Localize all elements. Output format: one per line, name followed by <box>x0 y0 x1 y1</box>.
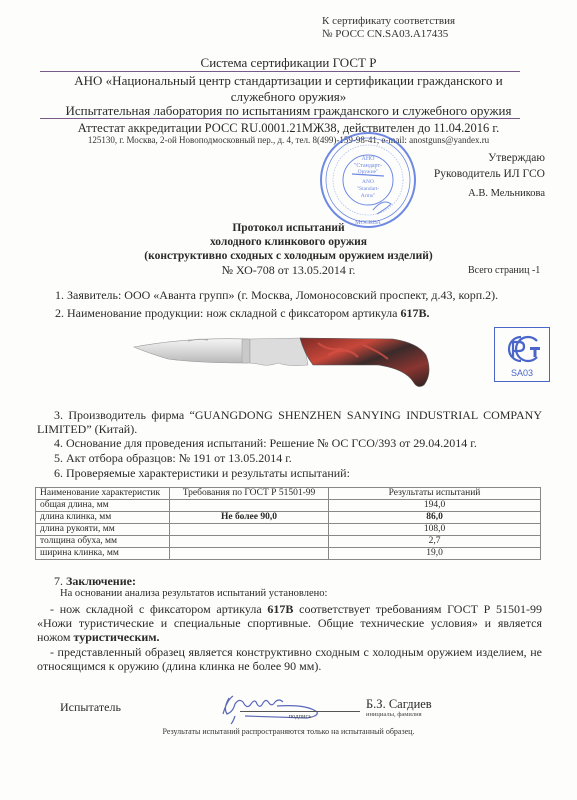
approval-label: Утверждаю <box>420 152 545 164</box>
conclusion-paragraph-classification: - представленный образец является констр… <box>37 645 542 673</box>
table-cell-result: 86,0 <box>329 512 541 524</box>
column-header: Требования по ГОСТ Р 51501-99 <box>170 488 329 500</box>
table-row: длина рукояти, мм108,0 <box>36 524 541 536</box>
certification-system-title: Система сертификации ГОСТ Р <box>0 55 577 71</box>
sampling-act: 5. Акт отбора образцов: № 191 от 13.05.2… <box>54 451 292 466</box>
protocol-subtitle-note: (конструктивно сходных с холодным оружие… <box>0 249 577 263</box>
table-cell-result: 19,0 <box>329 548 541 560</box>
table-cell-result: 2,7 <box>329 536 541 548</box>
stamp-line: "Standart- <box>357 186 380 192</box>
column-header: Наименование характеристик <box>36 488 170 500</box>
results-scope-footnote: Результаты испытаний распространяются то… <box>0 727 577 736</box>
applicant: 1. Заявитель: ООО «Аванта групп» (г. Мос… <box>55 288 498 303</box>
table-cell-name: толщина обуха, мм <box>36 536 170 548</box>
table-row: ширина клинка, мм19,0 <box>36 548 541 560</box>
table-row: толщина обуха, мм2,7 <box>36 536 541 548</box>
protocol-title: Протокол испытаний <box>0 221 577 235</box>
tester-name-caption: инициалы, фамилия <box>366 711 422 718</box>
conclusion-intro: На основании анализа результатов испытан… <box>60 588 327 599</box>
certificate-number: № РОСС CN.SA03.A17435 <box>322 28 455 41</box>
stamp-line: ANO <box>362 179 374 185</box>
product-article: 617В. <box>400 306 429 320</box>
laboratory-address: 125130, г. Москва, 2-ой Новоподмосковный… <box>0 135 577 145</box>
tester-name: Б.З. Сагдиев <box>366 697 432 712</box>
table-header-row: Наименование характеристикТребования по … <box>36 488 541 500</box>
conclusion-text: - нож складной с фиксатором артикула <box>50 602 267 616</box>
table-cell-result: 108,0 <box>329 524 541 536</box>
table-cell-requirement <box>170 500 329 512</box>
organization-name-line1: АНО «Национальный центр стандартизации и… <box>0 73 577 89</box>
stamp-line: Arms" <box>361 193 375 199</box>
conclusion-paragraph-compliance: - нож складной с фиксатором артикула 617… <box>37 602 542 644</box>
folding-knife-image <box>128 333 438 393</box>
table-cell-requirement <box>170 548 329 560</box>
organization-name: АНО «Национальный центр стандартизации и… <box>0 73 577 105</box>
test-basis: 4. Основание для проведения испытаний: Р… <box>54 436 477 451</box>
table-row: общая длина, мм194,0 <box>36 500 541 512</box>
approver-position: Руководитель ИЛ ГСО <box>420 168 545 180</box>
stamp-line: Оружие" <box>358 169 379 175</box>
signature-caption: подпись <box>240 713 360 720</box>
conclusion-title: Заключение: <box>66 574 136 588</box>
table-cell-name: ширина клинка, мм <box>36 548 170 560</box>
accreditation-certificate: Аттестат аккредитации РОСС RU.0001.21МЖ3… <box>0 121 577 136</box>
table-cell-name: длина рукояти, мм <box>36 524 170 536</box>
pct-logo-icon <box>503 333 543 365</box>
certificate-reference: К сертификату соответствия № РОСС CN.SA0… <box>322 15 455 41</box>
signature-line <box>240 711 360 712</box>
page-count: Всего страниц -1 <box>468 265 540 276</box>
table-cell-result: 194,0 <box>329 500 541 512</box>
tester-label: Испытатель <box>60 700 121 715</box>
laboratory-name: Испытательная лаборатория по испытаниям … <box>0 103 577 119</box>
table-cell-name: общая длина, мм <box>36 500 170 512</box>
handwritten-signature-icon <box>205 686 325 726</box>
table-cell-requirement <box>170 524 329 536</box>
column-header: Результаты испытаний <box>329 488 541 500</box>
stamp-line: АНО <box>362 156 376 162</box>
header-divider <box>40 118 520 119</box>
checked-characteristics-label: 6. Проверяемые характеристики и результа… <box>54 466 350 481</box>
certification-body-code: SA03 <box>495 368 549 378</box>
test-results-table: Наименование характеристикТребования по … <box>35 487 541 560</box>
table-row: длина клинка, ммНе более 90,086,0 <box>36 512 541 524</box>
conclusion-heading: 7. Заключение: <box>54 574 136 589</box>
product-name: 2. Наименование продукции: нож складной … <box>55 306 430 321</box>
knife-category: туристическим. <box>73 630 159 644</box>
conclusion-number: 7. <box>54 574 66 588</box>
protocol-subtitle: холодного клинкового оружия <box>0 235 577 249</box>
round-seal-stamp-icon: АНО "Стандарт- Оружие" ANO "Standart- Ar… <box>318 130 418 230</box>
product-article: 617В <box>267 602 293 616</box>
product-name-label: 2. Наименование продукции: нож складной … <box>55 306 400 320</box>
table-cell-requirement: Не более 90,0 <box>170 512 329 524</box>
approver-name: А.В. Мельникова <box>420 188 545 199</box>
pct-certification-mark: SA03 <box>494 327 550 382</box>
table-cell-requirement <box>170 536 329 548</box>
table-cell-name: длина клинка, мм <box>36 512 170 524</box>
manufacturer: 3. Производитель фирма “GUANGDONG SHENZH… <box>37 408 542 436</box>
header-divider <box>40 71 520 72</box>
certificate-reference-label: К сертификату соответствия <box>322 15 455 28</box>
